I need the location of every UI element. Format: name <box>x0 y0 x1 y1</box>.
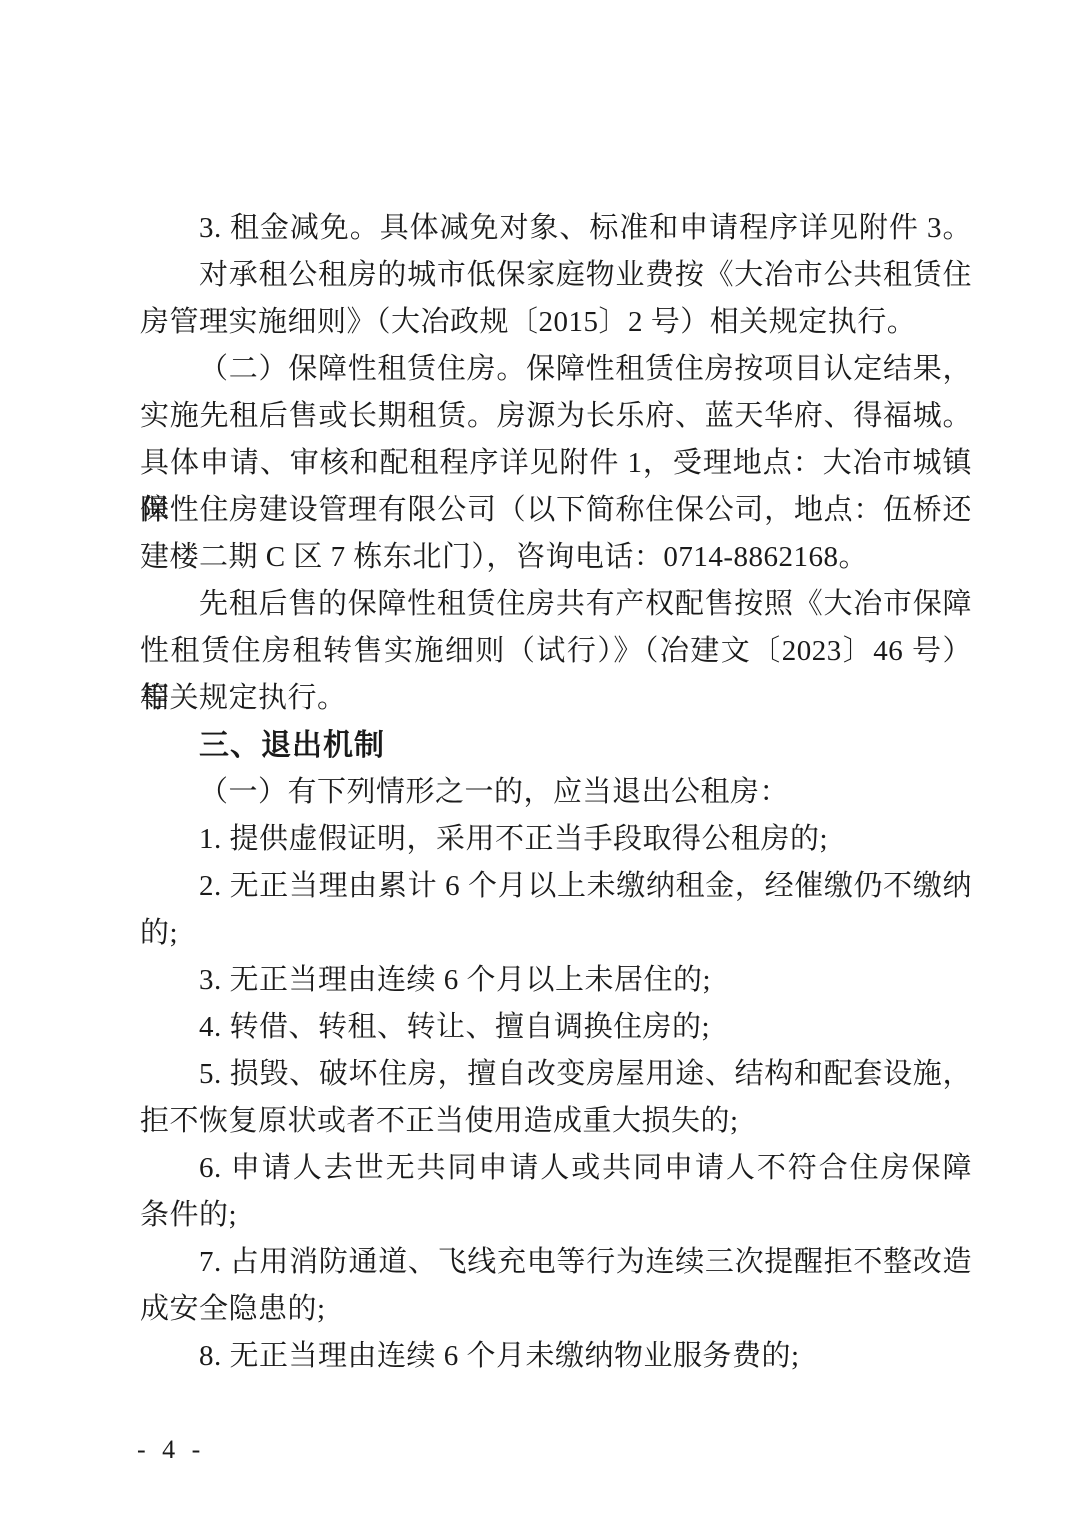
document-page: 3. 租金减免。具体减免对象、标准和申请程序详见附件 3。对承租公租房的城市低保… <box>0 0 1074 1520</box>
exit-item-4: 4. 转借、转租、转让、擅自调换住房的; <box>140 1004 972 1051</box>
para-affordable-rental-line-2: 实施先租后售或长期租赁。房源为长乐府、蓝天华府、得福城。 <box>140 393 972 440</box>
para-affordable-rental-line-3: 具体申请、审核和配租程序详见附件 1，受理地点：大冶市城镇保 <box>140 440 972 487</box>
section-heading-exit-mechanism: 三、退出机制 <box>140 722 972 769</box>
exit-item-6-line-1: 6. 申请人去世无共同申请人或共同申请人不符合住房保障 <box>140 1145 972 1192</box>
exit-item-7-line-1: 7. 占用消防通道、飞线充电等行为连续三次提醒拒不整改造 <box>140 1239 972 1286</box>
exit-item-5-line-2: 拒不恢复原状或者不正当使用造成重大损失的; <box>140 1098 972 1145</box>
exit-item-3: 3. 无正当理由连续 6 个月以上未居住的; <box>140 957 972 1004</box>
para-property-fee-line-2: 房管理实施细则》（大冶政规〔2015〕2 号）相关规定执行。 <box>140 299 972 346</box>
para-exit-intro: （一）有下列情形之一的，应当退出公租房： <box>140 769 972 816</box>
page-number: - 4 - <box>137 1437 205 1463</box>
para-affordable-rental-line-4: 障性住房建设管理有限公司（以下简称住保公司，地点：伍桥还 <box>140 487 972 534</box>
exit-item-7-line-2: 成安全隐患的; <box>140 1286 972 1333</box>
document-body: 3. 租金减免。具体减免对象、标准和申请程序详见附件 3。对承租公租房的城市低保… <box>140 205 972 1380</box>
para-affordable-rental-line-1: （二）保障性租赁住房。保障性租赁住房按项目认定结果， <box>140 346 972 393</box>
exit-item-2-line-2: 的; <box>140 910 972 957</box>
exit-item-1: 1. 提供虚假证明，采用不正当手段取得公租房的; <box>140 816 972 863</box>
para-property-fee-line-1: 对承租公租房的城市低保家庭物业费按《大冶市公共租赁住 <box>140 252 972 299</box>
para-rent-then-sell-line-2: 性租赁住房租转售实施细则（试行）》（冶建文〔2023〕46 号）等 <box>140 628 972 675</box>
exit-item-6-line-2: 条件的; <box>140 1192 972 1239</box>
exit-item-2-line-1: 2. 无正当理由累计 6 个月以上未缴纳租金，经催缴仍不缴纳 <box>140 863 972 910</box>
exit-item-8: 8. 无正当理由连续 6 个月未缴纳物业服务费的; <box>140 1333 972 1380</box>
exit-item-5-line-1: 5. 损毁、破坏住房，擅自改变房屋用途、结构和配套设施， <box>140 1051 972 1098</box>
para-affordable-rental-line-5: 建楼二期 C 区 7 栋东北门），咨询电话：0714-8862168。 <box>140 534 972 581</box>
item-rent-reduction: 3. 租金减免。具体减免对象、标准和申请程序详见附件 3。 <box>140 205 972 252</box>
para-rent-then-sell-line-3: 相关规定执行。 <box>140 675 972 722</box>
para-rent-then-sell-line-1: 先租后售的保障性租赁住房共有产权配售按照《大冶市保障 <box>140 581 972 628</box>
